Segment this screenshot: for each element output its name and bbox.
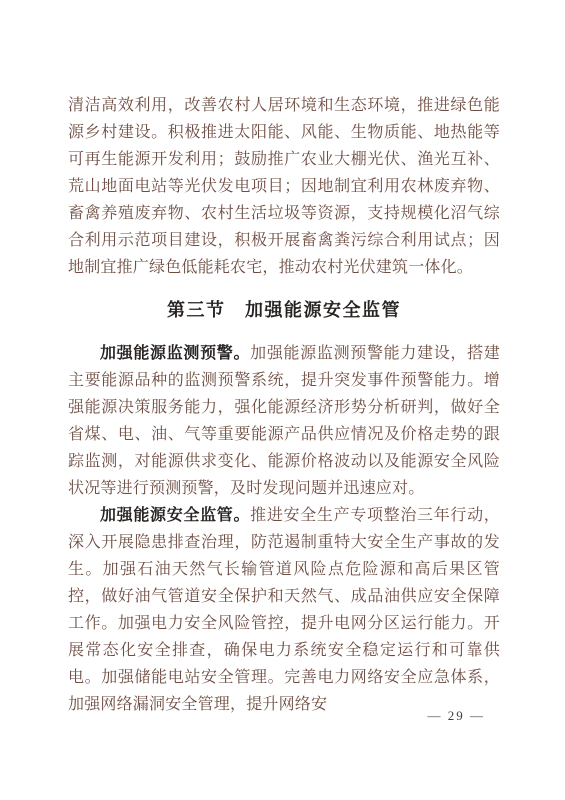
paragraph-body-monitoring: 加强能源监测预警能力建设，搭建主要能源品种的监测预警系统，提升突发事件预警能力。… — [68, 345, 500, 497]
section-heading: 第三节 加强能源安全监管 — [68, 296, 500, 324]
document-page: 清洁高效利用，改善农村人居环境和生态环境，推进绿色能源乡村建设。积极推进太阳能、… — [0, 0, 565, 800]
paragraph-energy-monitoring: 加强能源监测预警。加强能源监测预警能力建设，搭建主要能源品种的监测预警系统，提升… — [68, 340, 500, 502]
paragraph-safety-supervision: 加强能源安全监管。推进安全生产专项整治三年行动，深入开展隐患排查治理，防范遏制重… — [68, 502, 500, 718]
paragraph-lead-supervision: 加强能源安全监管。 — [100, 507, 250, 524]
paragraph-continued-text: 清洁高效利用，改善农村人居环境和生态环境，推进绿色能源乡村建设。积极推进太阳能、… — [68, 97, 500, 276]
paragraph-lead-monitoring: 加强能源监测预警。 — [100, 345, 250, 362]
page-number: — 29 — — [428, 708, 486, 724]
paragraph-continued: 清洁高效利用，改善农村人居环境和生态环境，推进绿色能源乡村建设。积极推进太阳能、… — [68, 92, 500, 281]
page-content: 清洁高效利用，改善农村人居环境和生态环境，推进绿色能源乡村建设。积极推进太阳能、… — [68, 92, 500, 718]
paragraph-body-supervision: 推进安全生产专项整治三年行动，深入开展隐患排查治理，防范遏制重特大安全生产事故的… — [68, 507, 500, 713]
